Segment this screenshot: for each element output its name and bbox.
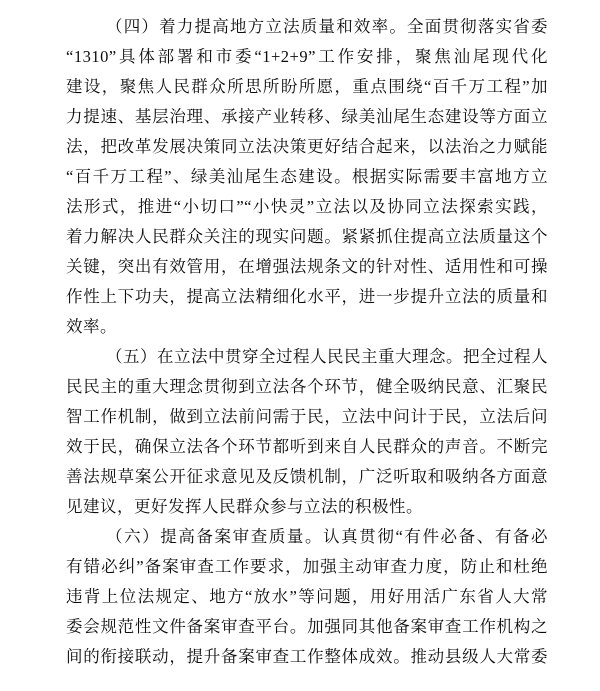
document-page: （四）着力提高地方立法质量和效率。全面贯彻落实省委“1310”具体部署和市委“1… xyxy=(0,0,600,691)
text-line: 违背上位法规定、地方“放水”等问题，用好用活广东省人大常 xyxy=(66,582,548,612)
text-line: 作性上下功夫，提高立法精细化水平，进一步提升立法的质量和 xyxy=(66,282,548,312)
text-line: 法形式，推进“小切口”“小快灵”立法以及协同立法探索实践， xyxy=(66,192,548,222)
text-line: （四）着力提高地方立法质量和效率。全面贯彻落实省委 xyxy=(66,12,548,42)
text-line: （五）在立法中贯穿全过程人民民主重大理念。把全过程人 xyxy=(66,342,548,372)
text-line: 着力解决人民群众关注的现实问题。紧紧抓住提高立法质量这个 xyxy=(66,222,548,252)
text-line: “百千万工程”、绿美汕尾生态建设。根据实际需要丰富地方立 xyxy=(66,162,548,192)
text-line: 建设，聚焦人民群众所思所盼所愿，重点围绕“百千万工程”加 xyxy=(66,72,548,102)
text-line: “1310”具体部署和市委“1+2+9”工作安排，聚焦汕尾现代化 xyxy=(66,42,548,72)
text-line: 善法规草案公开征求意见及反馈机制，广泛听取和吸纳各方面意 xyxy=(66,462,548,492)
document-body: （四）着力提高地方立法质量和效率。全面贯彻落实省委“1310”具体部署和市委“1… xyxy=(66,12,548,672)
text-line: 效率。 xyxy=(66,312,548,342)
text-line: 力提速、基层治理、承接产业转移、绿美汕尾生态建设等方面立 xyxy=(66,102,548,132)
text-line: 效于民，确保立法各个环节都听到来自人民群众的声音。不断完 xyxy=(66,432,548,462)
text-line: 法，把改革发展决策同立法决策更好结合起来，以法治之力赋能 xyxy=(66,132,548,162)
text-line: 见建议，更好发挥人民群众参与立法的积极性。 xyxy=(66,492,548,522)
text-line: 间的衔接联动，提升备案审查工作整体成效。推动县级人大常委 xyxy=(66,642,548,672)
text-line: 关键，突出有效管用，在增强法规条文的针对性、适用性和可操 xyxy=(66,252,548,282)
text-line: 民民主的重大理念贯彻到立法各个环节，健全吸纳民意、汇聚民 xyxy=(66,372,548,402)
text-line: 智工作机制，做到立法前问需于民，立法中问计于民，立法后问 xyxy=(66,402,548,432)
text-line: 有错必纠”备案审查工作要求，加强主动审查力度，防止和杜绝 xyxy=(66,552,548,582)
text-line: （六）提高备案审查质量。认真贯彻“有件必备、有备必审、 xyxy=(66,522,548,552)
text-line: 委会规范性文件备案审查平台。加强同其他备案审查工作机构之 xyxy=(66,612,548,642)
